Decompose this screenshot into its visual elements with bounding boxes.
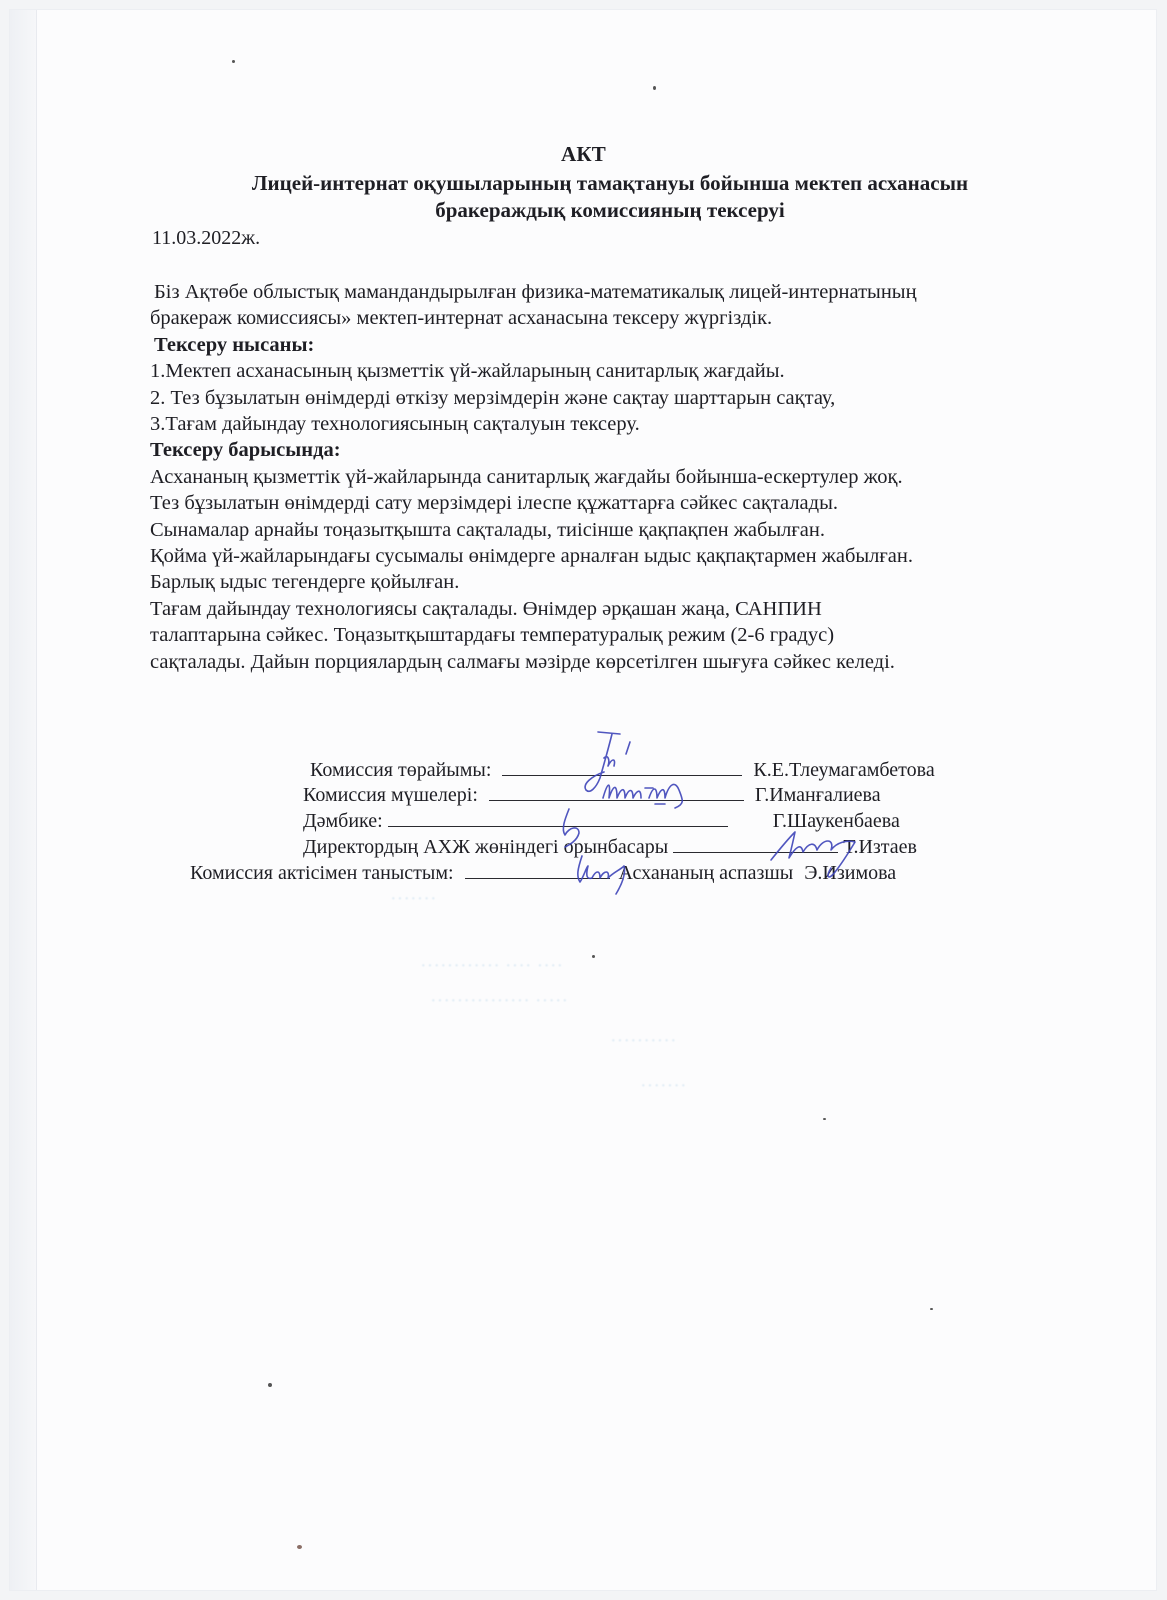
- scan-speck: [232, 60, 235, 63]
- document-subtitle: Лицей-интернат оқушыларының тамақтануы б…: [170, 170, 1050, 224]
- bleed-through-text: ··········: [610, 1030, 677, 1053]
- signature-line: [465, 860, 610, 879]
- subtitle-line: Лицей-интернат оқушыларының тамақтануы б…: [170, 170, 1050, 197]
- signature-line: [502, 757, 742, 776]
- document-title: АКТ: [0, 142, 1167, 167]
- signatory-name: Т.Изтаев: [843, 835, 917, 859]
- signature-role: Комиссия актісімен таныстым:: [190, 862, 454, 884]
- scan-speck: [268, 1383, 272, 1387]
- signatory-position: Асхананың аспазшы: [619, 862, 794, 884]
- signature-row-chair: Комиссия төрайымы: К.Е.Тлеумагамбетова: [310, 757, 935, 782]
- document-body: Біз Ақтөбе облыстық мамандандырылған физ…: [150, 279, 1080, 675]
- signature-role: Дәмбике:: [303, 810, 383, 832]
- signature-line: [388, 808, 728, 827]
- signature-role: Комиссия мүшелері:: [303, 784, 478, 806]
- finding-line: Сынамалар арнайы тоңазытқышта сақталады,…: [150, 517, 1080, 543]
- finding-line: сақталады. Дайын порциялардың салмағы мә…: [150, 649, 1080, 675]
- signatory-name: Г.Шаукенбаева: [773, 809, 900, 833]
- scan-speck: [930, 1308, 933, 1310]
- subtitle-line: бракераждық комиссияның тексеруі: [170, 197, 1050, 224]
- inspection-findings-heading: Тексеру барысында:: [150, 437, 1080, 463]
- intro-line: бракераж комиссиясы» мектеп-интернат асх…: [150, 305, 1080, 331]
- bleed-through-text: ··············· ·····: [430, 990, 568, 1013]
- finding-line: Барлық ыдыс тегендерге қойылған.: [150, 569, 1080, 595]
- signatory-name: К.Е.Тлеумагамбетова: [753, 758, 934, 782]
- inspection-objects-heading: Тексеру нысаны:: [150, 332, 1080, 358]
- signatory-name: Г.Иманғалиева: [755, 783, 881, 807]
- inspection-object-item: 2. Тез бұзылатын өнімдерді өткізу мерзім…: [150, 385, 1080, 411]
- signature-row-deputy-director: Директордың АХЖ жөніндегі орынбасары Т.И…: [303, 834, 917, 859]
- finding-line: Қойма үй-жайларындағы сусымалы өнімдерге…: [150, 543, 1080, 569]
- finding-line: Асхананың қызметтік үй-жайларында санита…: [150, 464, 1080, 490]
- scan-speck: [653, 86, 656, 90]
- scan-speck: [823, 1118, 826, 1120]
- bleed-through-text: ·······: [640, 1075, 687, 1098]
- scan-speck: [592, 955, 595, 958]
- scan-speck: [297, 1545, 302, 1549]
- finding-line: Тағам дайындау технологиясы сақталады. Ө…: [150, 596, 1080, 622]
- signature-role: Комиссия төрайымы:: [310, 759, 491, 781]
- signature-row-dambike: Дәмбике: Г.Шаукенбаева: [303, 808, 900, 833]
- document-date: 11.03.2022ж.: [152, 227, 260, 250]
- signature-line: [673, 834, 838, 853]
- inspection-object-item: 3.Тағам дайындау технологиясының сақталу…: [150, 411, 1080, 437]
- bleed-through-text: ·······: [390, 888, 437, 911]
- signatory-name: Э.Изимова: [804, 861, 896, 885]
- signature-role: Директордың АХЖ жөніндегі орынбасары: [303, 836, 668, 858]
- signature-row-members: Комиссия мүшелері: Г.Иманғалиева: [303, 782, 881, 807]
- inspection-object-item: 1.Мектеп асханасының қызметтік үй-жайлар…: [150, 358, 1080, 384]
- signature-line: [489, 782, 744, 801]
- bleed-through-text: ············ ···· ····: [420, 955, 563, 978]
- document: ······· ············ ···· ···· ·········…: [0, 0, 1167, 1600]
- intro-line: Біз Ақтөбе облыстық мамандандырылған физ…: [150, 279, 1080, 305]
- finding-line: талаптарына сәйкес. Тоңазытқыштардағы те…: [150, 622, 1080, 648]
- signature-row-acknowledged: Комиссия актісімен таныстым: Асхананың а…: [190, 860, 896, 885]
- finding-line: Тез бұзылатын өнімдерді сату мерзімдері …: [150, 490, 1080, 516]
